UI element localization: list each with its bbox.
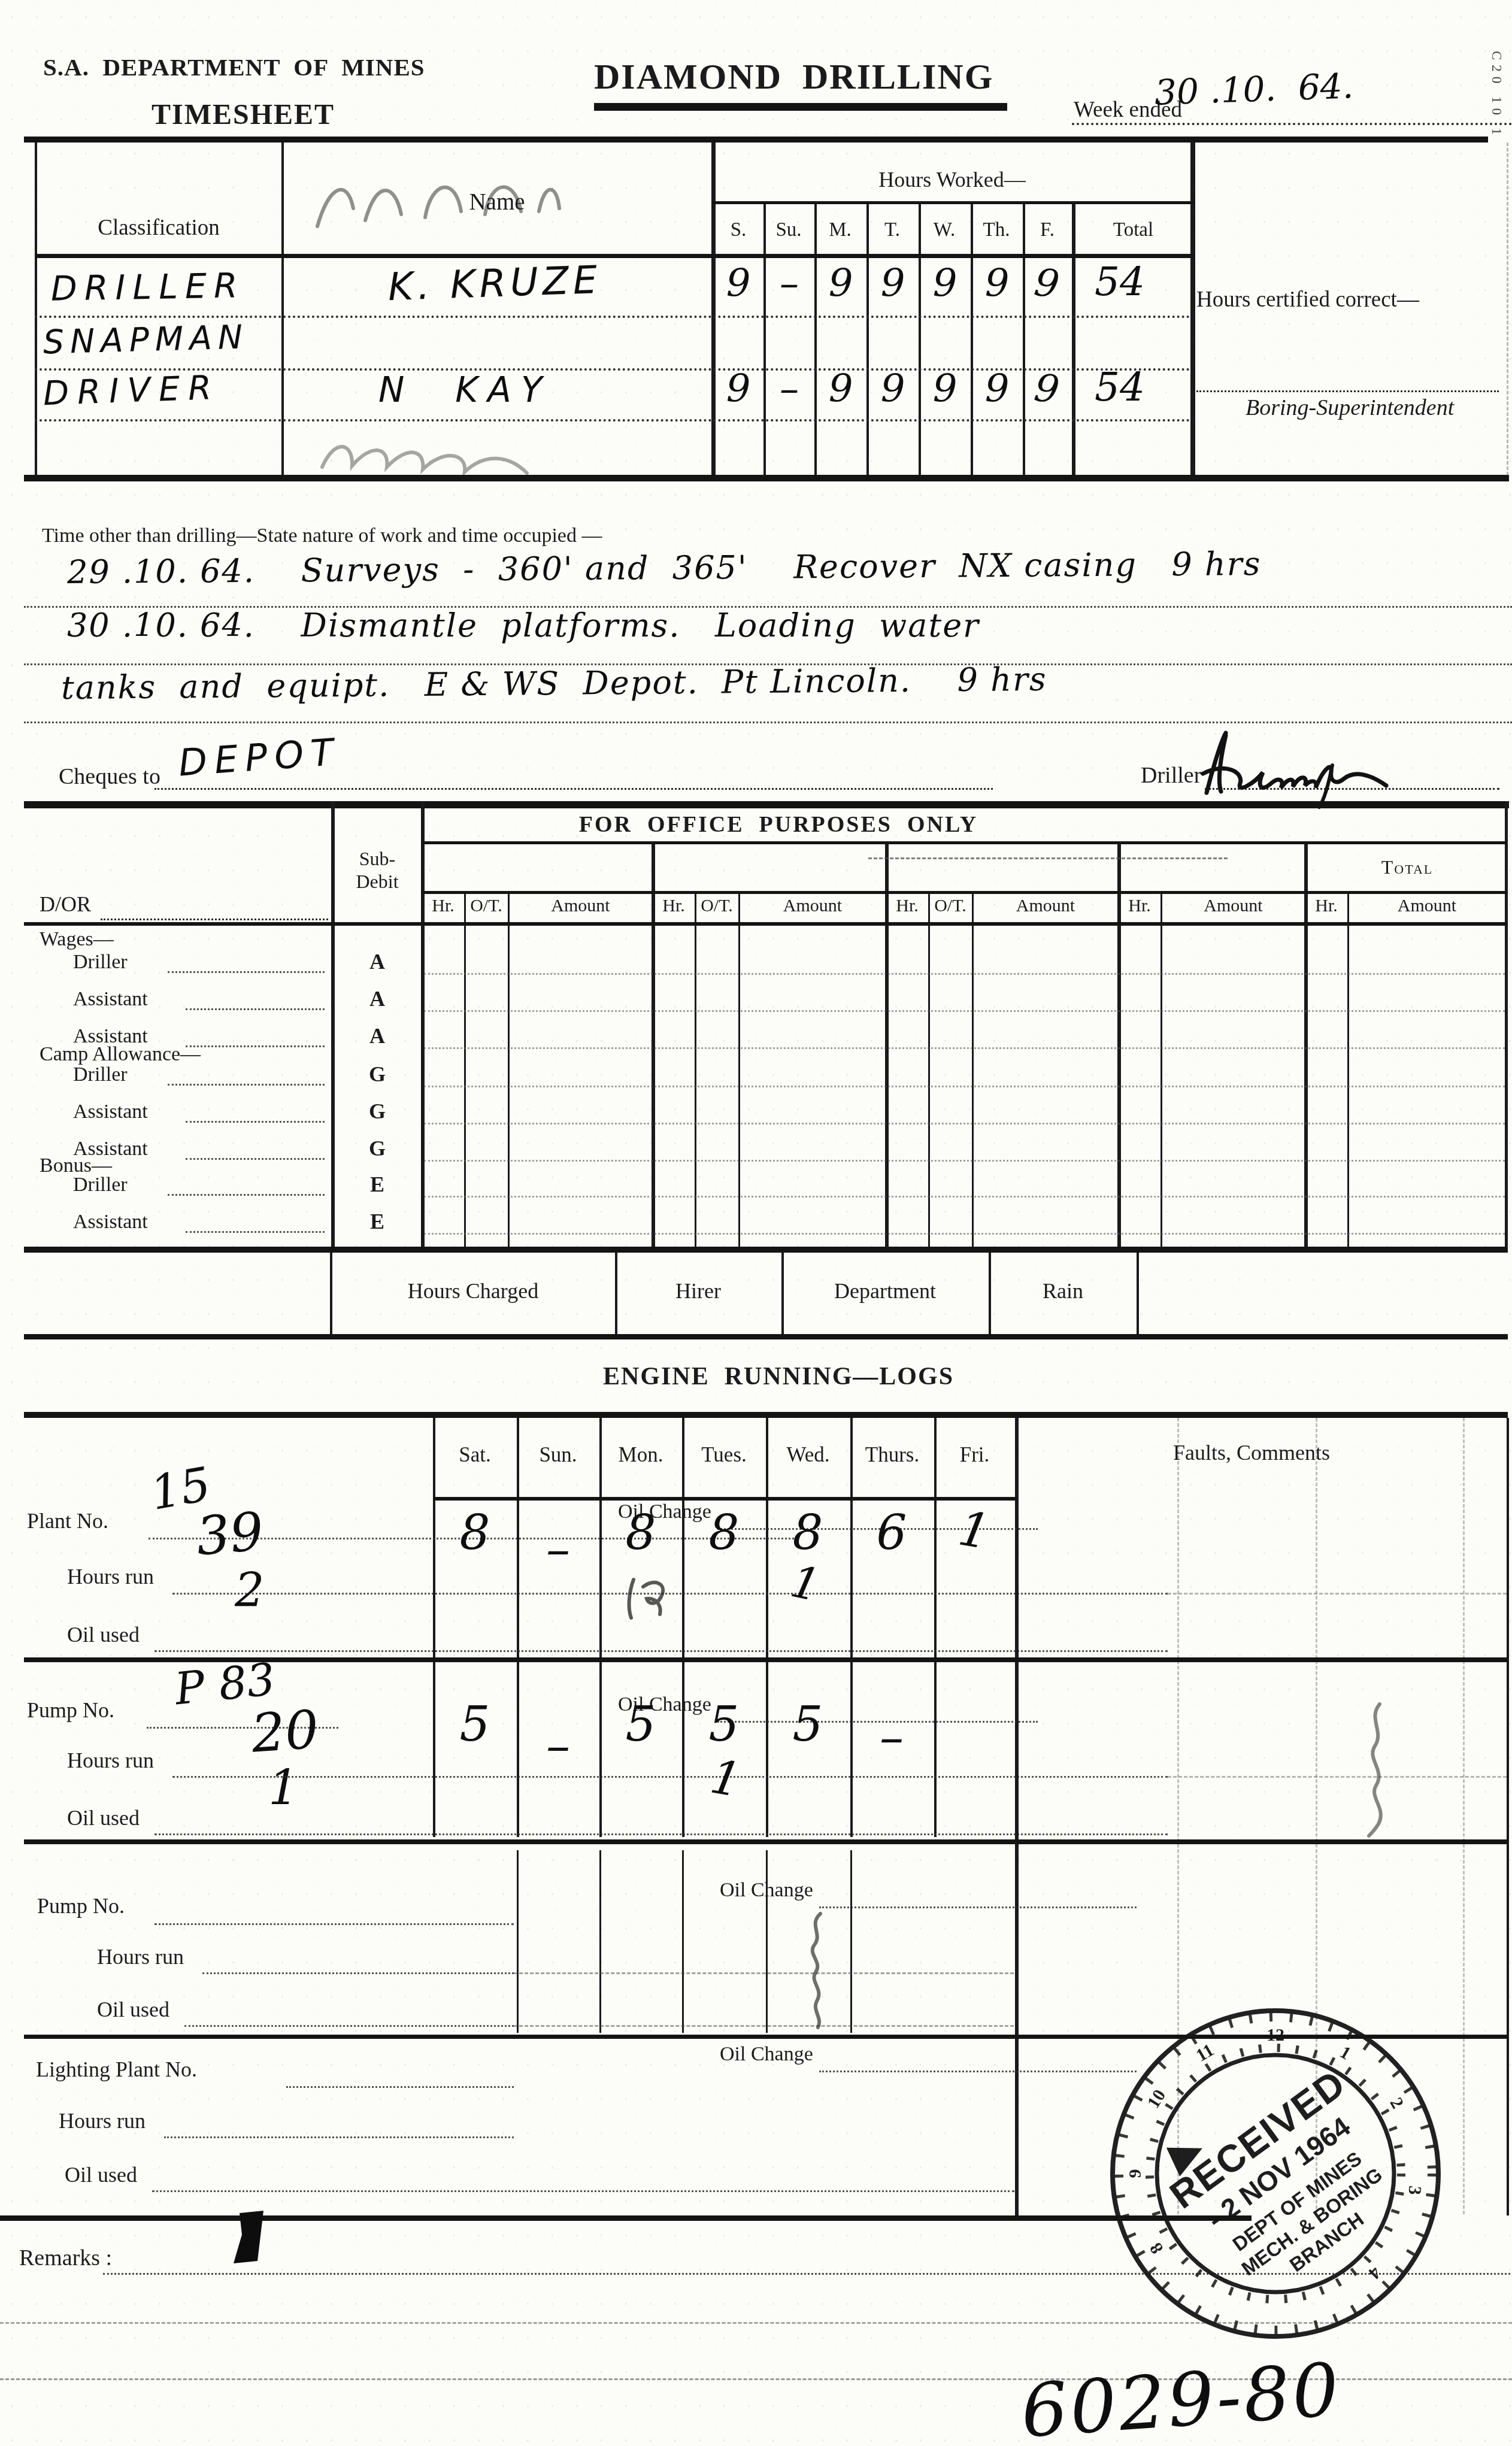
edge-code: C20 10 1 [1490, 51, 1504, 140]
pump1-oil-tues: 1 [698, 1752, 753, 1807]
office-group-bonus: Bonus— [40, 1156, 112, 1176]
driller-signature [1189, 726, 1410, 810]
week-ended-rule [1072, 123, 1512, 125]
footer-code: 6029-80 [1019, 2353, 1343, 2446]
day-header-s: S. [714, 220, 762, 240]
row3-hours-m: 9 [819, 370, 862, 408]
week-ended-value: 30 .10. 64. [1154, 68, 1354, 110]
oil-used-label-plant: Oil used [67, 1624, 140, 1645]
office-row-code: G [356, 1063, 398, 1085]
oil-change-label-pump2: Oil Change [720, 1880, 813, 1901]
ghost-ink [311, 160, 563, 250]
office-row-code: G [356, 1138, 398, 1159]
lighting-plant-no-label: Lighting Plant No. [36, 2059, 197, 2080]
department-header: Department [786, 1280, 984, 1302]
office-row-code: E [356, 1211, 398, 1232]
engine-day-fri: Fri. [937, 1444, 1013, 1465]
row3-hours-s: 9 [717, 370, 760, 408]
office-group-wages: Wages— [40, 929, 114, 950]
pump1-hours-sun: – [534, 1722, 582, 1770]
row3-hours-total: 54 [1078, 368, 1162, 407]
sub-debit-header-1: Sub- [335, 849, 419, 868]
row3-hours-f: 9 [1023, 367, 1071, 411]
hirer-header: Hirer [620, 1280, 777, 1302]
day-header-su: Su. [765, 220, 813, 240]
office-ot-1: O/T. [465, 897, 507, 915]
row3-hours-su: – [768, 370, 811, 408]
day-header-th: Th. [972, 220, 1020, 240]
plant-oil-total: 2 [235, 1568, 265, 1614]
office-amount-5: Amount [1349, 897, 1505, 915]
office-ot-3: O/T. [929, 897, 971, 915]
plant-hours-tues: 8 [700, 1509, 748, 1557]
plant-hours-sat: 8 [451, 1509, 499, 1557]
engine-day-sat: Sat. [435, 1444, 514, 1465]
day-header-m: M. [816, 220, 864, 240]
pump1-hours-thurs: – [868, 1714, 916, 1762]
rain-header: Rain [993, 1280, 1132, 1302]
hours-charged-header: Hours Charged [335, 1280, 611, 1302]
office-title: FOR OFFICE PURPOSES ONLY [419, 813, 1138, 836]
superintendent-label: Boring-Superintendent [1246, 396, 1454, 419]
office-row-label: Assistant [73, 1212, 148, 1232]
time-other-line2: 30 .10. 64. Dismantle platforms. Loading… [67, 610, 980, 642]
cheques-to-value: DEPOT [177, 734, 342, 782]
page-title: DIAMOND DRILLING [594, 59, 993, 95]
sub-debit-header-2: Debit [335, 872, 419, 891]
engine-day-wed: Wed. [768, 1444, 848, 1465]
engine-title: ENGINE RUNNING—LOGS [419, 1364, 1138, 1389]
header-rule [24, 137, 1488, 143]
office-row-code: E [356, 1174, 398, 1195]
row1-name: K. KRUZE [387, 261, 602, 307]
office-row-label: Assistant [73, 989, 148, 1010]
office-row-label: Driller [73, 1175, 128, 1195]
plant-no-label: Plant No. [27, 1510, 108, 1532]
classification-header: Classification [54, 217, 263, 239]
row1-hours-f: 9 [1023, 262, 1071, 305]
day-header-t: T. [868, 220, 916, 240]
row3-hours-w: 9 [923, 370, 966, 408]
time-other-line1: 29 .10. 64. Surveys - 360' and 365' Reco… [67, 548, 1262, 589]
pump2-no-label: Pump No. [37, 1895, 125, 1917]
engine-day-tues: Tues. [684, 1444, 763, 1465]
office-hr-2: Hr. [653, 897, 695, 915]
pump1-hours-tues: 5 [700, 1701, 748, 1748]
pump1-hours-mon: 5 [617, 1701, 665, 1748]
office-hr-5: Hr. [1305, 897, 1347, 915]
ink-blot [229, 2211, 271, 2265]
ghost-ink [1353, 1701, 1401, 1838]
hours-run-label-plant: Hours run [67, 1566, 154, 1587]
office-group-camp: Camp Allowance— [40, 1044, 201, 1065]
stamp-dial-number: 11 [1193, 2040, 1217, 2066]
oil-change-label-lighting: Oil Change [720, 2044, 813, 2065]
row1-hours-w: 9 [923, 265, 966, 303]
row1-hours-m: 9 [819, 265, 862, 303]
title-underline [594, 103, 1007, 111]
plant-hours-thurs: 6 [868, 1509, 916, 1557]
office-row-code: G [356, 1101, 398, 1122]
row1-hours-s: 9 [717, 265, 760, 303]
remarks-label: Remarks : [19, 2247, 112, 2269]
plant-hours-wed: 8 [784, 1509, 832, 1557]
plant-hours-fri: 1 [947, 1503, 1002, 1559]
stamp-dial-number: 1 [1337, 2042, 1354, 2063]
department-title: S.A. DEPARTMENT OF MINES [43, 55, 425, 80]
office-hr-4: Hr. [1119, 897, 1160, 915]
cheques-to-label: Cheques to [59, 765, 160, 788]
stamp-dial-number: 10 [1143, 2086, 1169, 2112]
sheet-subtitle: TIMESHEET [151, 101, 335, 129]
office-amount-3: Amount [974, 897, 1117, 915]
row2-classification: SNAPMAN [43, 321, 249, 359]
plant-hours-sun: – [534, 1526, 582, 1574]
illegible-mark [623, 1575, 677, 1623]
row3-hours-th: 9 [975, 370, 1019, 408]
row1-classification: DRILLER [51, 269, 245, 307]
scanned-timesheet-page: S.A. DEPARTMENT OF MINES TIMESHEET DIAMO… [0, 0, 1512, 2446]
office-amount-4: Amount [1162, 897, 1304, 915]
day-header-w: W. [920, 220, 968, 240]
ghost-ink [317, 419, 533, 485]
row3-hours-t: 9 [871, 370, 914, 408]
pump1-hours-sat: 5 [451, 1701, 499, 1748]
oil-used-label-lighting: Oil used [65, 2164, 137, 2186]
plant-hours-mon: 8 [617, 1509, 665, 1557]
pump1-hours-total: 20 [250, 1703, 320, 1760]
certified-label: Hours certified correct— [1196, 289, 1419, 311]
hours-run-label-pump1: Hours run [67, 1750, 154, 1771]
stamp-dial-number: 2 [1386, 2095, 1408, 2112]
office-row-code: A [356, 988, 398, 1010]
row3-classification: DRIVER [43, 371, 220, 411]
office-row-code: A [356, 951, 398, 972]
time-other-label: Time other than drilling—State nature of… [42, 526, 602, 546]
plant-hours-total: 39 [194, 1505, 265, 1563]
row3-name: N KAY [378, 372, 552, 407]
hours-run-label-pump2: Hours run [97, 1946, 184, 1968]
dor-label: D/OR [40, 893, 91, 915]
pump1-oil-total: 1 [268, 1764, 299, 1812]
stamp-dial-number: 3 [1404, 2185, 1425, 2196]
row1-hours-su: – [768, 265, 811, 303]
received-stamp: 12 1 2 3 4 11 10 9 8 RECEIVED - 2 NOV 19… [1102, 2000, 1449, 2347]
stamp-dial-number: 9 [1125, 2169, 1145, 2178]
office-amount-2: Amount [740, 897, 885, 915]
office-row-label: Assistant [73, 1102, 148, 1122]
illegible-mark [796, 1910, 838, 2030]
time-other-line3: tanks and equipt. E & WS Depot. Pt Linco… [61, 663, 1047, 704]
office-total-header: Total [1347, 857, 1467, 877]
faults-comments-header: Faults, Comments [1021, 1442, 1482, 1463]
office-row-label: Driller [73, 952, 128, 972]
day-header-total: Total [1078, 220, 1189, 240]
pump1-no-label: Pump No. [27, 1699, 114, 1721]
row1-hours-t: 9 [871, 265, 914, 303]
engine-day-thurs: Thurs. [853, 1444, 932, 1465]
row1-hours-total: 54 [1078, 262, 1162, 302]
plant-oil-wed: 1 [777, 1557, 834, 1610]
office-amount-1: Amount [510, 897, 652, 915]
office-row-code: A [356, 1025, 398, 1047]
oil-used-label-pump1: Oil used [67, 1807, 140, 1829]
row1-hours-th: 9 [975, 265, 1019, 303]
day-header-f: F. [1024, 220, 1071, 240]
pump1-hours-wed: 5 [784, 1701, 832, 1748]
hours-worked-header: Hours Worked— [772, 169, 1132, 190]
office-hr-3: Hr. [886, 897, 928, 915]
office-ot-2: O/T. [696, 897, 738, 915]
office-row-label: Driller [73, 1065, 128, 1085]
hours-run-label-lighting: Hours run [59, 2110, 146, 2132]
stamp-dial-number: 12 [1266, 2025, 1284, 2045]
engine-day-mon: Mon. [602, 1444, 680, 1465]
stamp-dial-number: 4 [1365, 2263, 1385, 2283]
stamp-dial-number: 8 [1146, 2239, 1167, 2257]
engine-day-sun: Sun. [519, 1444, 597, 1465]
office-hr-1: Hr. [422, 897, 464, 915]
oil-used-label-pump2: Oil used [97, 1999, 169, 2020]
